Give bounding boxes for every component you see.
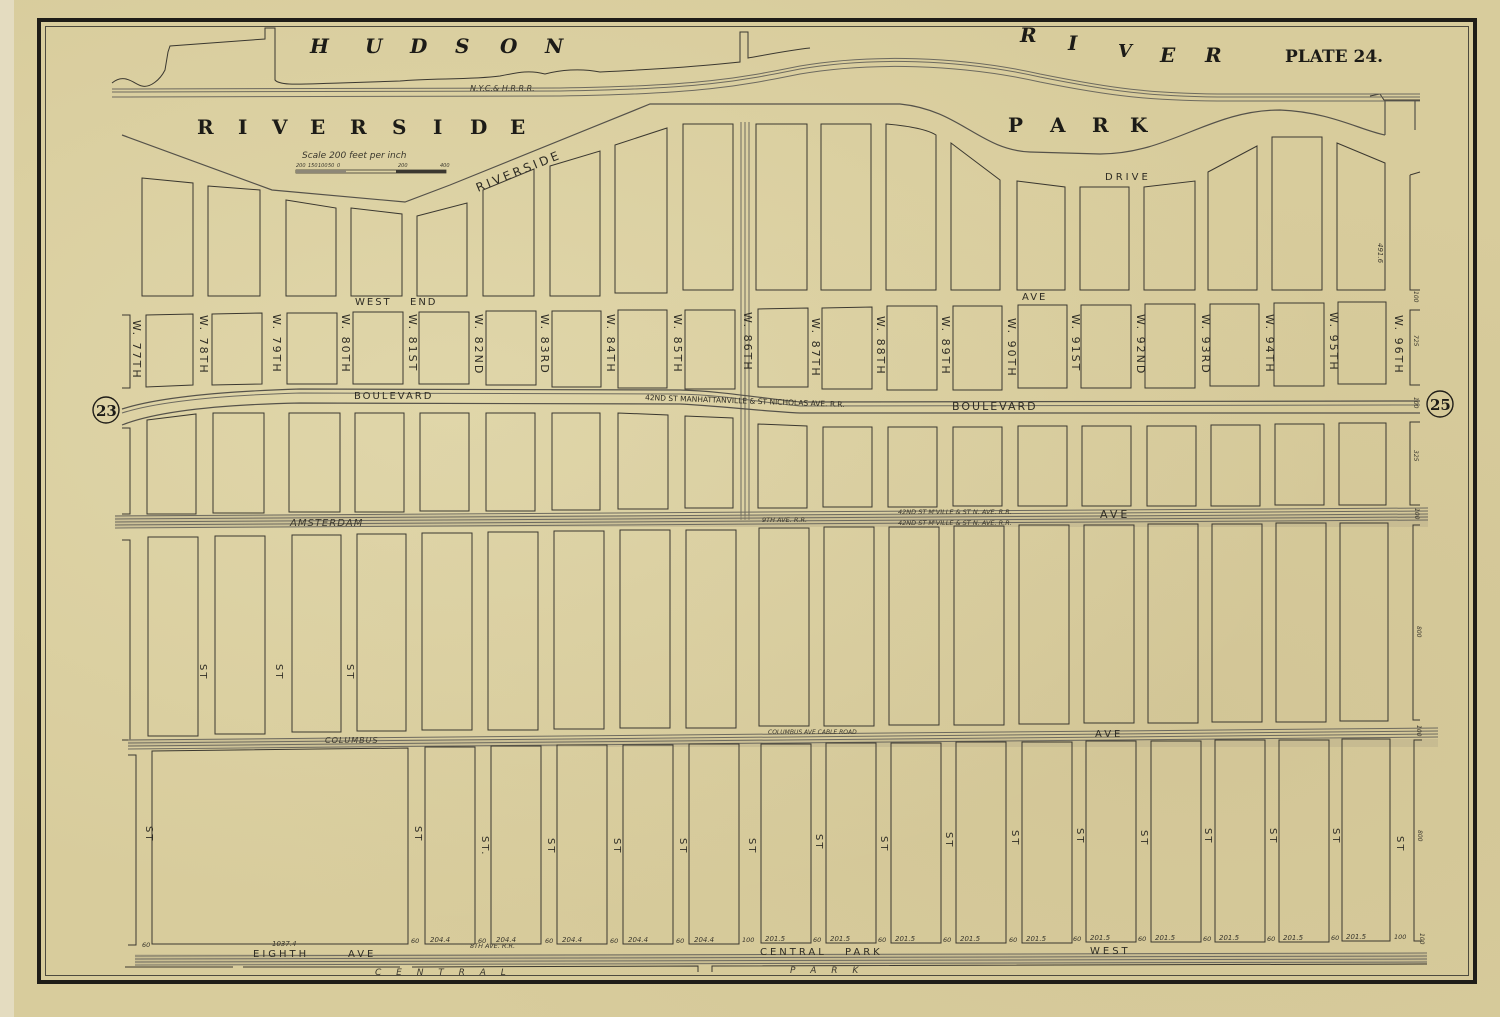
street-label-w93: W. 93RD (1199, 314, 1212, 375)
svg-text:AVE: AVE (348, 949, 376, 960)
svg-text:23: 23 (96, 402, 117, 420)
blocks-riverside-westend (142, 124, 1420, 296)
street-label-w89: W. 89TH (939, 316, 952, 376)
svg-text:A: A (1049, 113, 1066, 137)
shoreline (112, 28, 1420, 100)
street-label-w82: W. 82ND (472, 314, 485, 375)
svg-text:ST.: ST. (479, 836, 490, 856)
svg-text:E: E (1159, 43, 1176, 67)
svg-text:R: R (1019, 23, 1037, 47)
svg-text:ST: ST (746, 838, 757, 854)
svg-text:201.5: 201.5 (830, 935, 851, 943)
svg-text:I: I (238, 115, 247, 139)
riverside-park-label: R I V E R S I D E P A R K (197, 113, 1148, 139)
svg-text:END: END (410, 297, 438, 308)
svg-text:150: 150 (308, 163, 318, 169)
scale-bar: Scale 200 feet per inch 200 150 100 50 0… (296, 151, 450, 173)
svg-text:D: D (409, 34, 428, 58)
svg-text:N: N (544, 34, 564, 58)
svg-text:ST: ST (813, 834, 824, 850)
svg-text:AVE: AVE (1095, 729, 1123, 740)
svg-text:100: 100 (1394, 933, 1406, 941)
svg-text:DRIVE: DRIVE (1105, 172, 1151, 183)
eighth-avenue: EIGHTH AVE CENTRAL PARK WEST 8TH AVE. R.… (135, 942, 1427, 965)
eighth-ave-label: EIGHTH (253, 949, 309, 960)
columbus-avenue: COLUMBUS AVE COLUMBUS AVE CABLE ROAD (128, 728, 1438, 749)
svg-text:Scale 200 feet per inch: Scale 200 feet per inch (302, 151, 407, 161)
svg-text:100: 100 (1418, 933, 1425, 945)
adjoining-plate-25[interactable]: 25 (1427, 391, 1453, 417)
svg-text:800: 800 (1416, 830, 1423, 842)
svg-text:100: 100 (1413, 508, 1420, 520)
svg-text:0: 0 (337, 163, 340, 169)
svg-text:100: 100 (1412, 397, 1419, 409)
central-park-label: C E N T R A L (375, 968, 512, 978)
svg-text:O: O (500, 34, 518, 58)
svg-text:201.5: 201.5 (1026, 935, 1047, 943)
svg-text:50: 50 (328, 163, 334, 169)
svg-text:400: 400 (440, 163, 450, 169)
street-abbrev: ST (197, 664, 208, 680)
svg-text:60: 60 (411, 937, 419, 945)
plate-title: PLATE 24. (1285, 47, 1383, 67)
svg-text:9TH AVE. R.R.: 9TH AVE. R.R. (762, 516, 807, 524)
svg-text:AVE: AVE (1100, 508, 1130, 521)
svg-text:ST: ST (143, 826, 154, 842)
svg-text:ST: ST (611, 838, 622, 854)
amsterdam-avenue: AMSTERDAM AVE 9TH AVE. R.R. 42ND ST M'VI… (115, 508, 1428, 529)
central-park-west-label: CENTRAL (760, 947, 827, 958)
svg-text:201.5: 201.5 (960, 935, 981, 943)
svg-text:AVE: AVE (1022, 292, 1047, 303)
svg-text:WEST: WEST (1090, 946, 1131, 957)
svg-text:ST: ST (1330, 828, 1341, 844)
svg-text:H: H (309, 34, 330, 58)
svg-text:100: 100 (1412, 291, 1419, 303)
street-label-w80: W. 80TH (339, 314, 352, 374)
bottom-street-abbrevs: ST ST ST. ST ST ST ST ST ST ST ST ST ST … (143, 826, 1405, 856)
svg-text:E: E (510, 115, 525, 139)
svg-text:60: 60 (545, 937, 553, 945)
svg-text:201.5: 201.5 (1219, 934, 1240, 942)
street-label-w79: W. 79TH (270, 314, 283, 374)
street-label-w88: W. 88TH (874, 316, 887, 376)
svg-text:PARK: PARK (845, 947, 883, 958)
svg-text:ST: ST (677, 838, 688, 854)
street-label-w85: W. 85TH (671, 314, 684, 374)
street-label-w96: W. 96TH (1392, 315, 1405, 375)
svg-text:U: U (365, 34, 384, 58)
svg-text:201.5: 201.5 (765, 935, 786, 943)
svg-text:ST: ST (412, 826, 423, 842)
svg-text:S: S (455, 34, 469, 58)
street-label-w83: W. 83RD (538, 314, 551, 375)
svg-text:60: 60 (1331, 934, 1339, 942)
svg-text:V: V (271, 115, 288, 139)
svg-text:V: V (1118, 41, 1134, 62)
svg-text:D: D (470, 115, 487, 139)
svg-text:204.4: 204.4 (430, 936, 450, 944)
street-label-w87: W. 87TH (809, 318, 822, 378)
svg-text:60: 60 (676, 937, 684, 945)
railroad-label: N.Y.C.& H.R.R.R. (470, 84, 535, 93)
svg-text:201.5: 201.5 (1346, 933, 1367, 941)
svg-text:325: 325 (1412, 450, 1419, 462)
svg-text:25: 25 (1430, 396, 1451, 414)
svg-text:ST: ST (545, 838, 556, 854)
svg-text:60: 60 (1203, 935, 1211, 943)
amsterdam-ave-label: AMSTERDAM (289, 518, 363, 529)
svg-text:R: R (350, 115, 367, 139)
svg-text:201.5: 201.5 (1155, 934, 1176, 942)
street-label-w77: W. 77TH (130, 320, 143, 380)
svg-text:725: 725 (1412, 335, 1419, 347)
svg-text:60: 60 (878, 936, 886, 944)
blocks-boulevard-amsterdam (122, 413, 1420, 514)
svg-text:100: 100 (1415, 725, 1422, 737)
svg-text:ST: ST (1138, 830, 1149, 846)
svg-text:1037.4: 1037.4 (272, 940, 297, 948)
svg-text:S: S (392, 115, 406, 139)
blocks-westend-boulevard (122, 302, 1420, 390)
street-label-w84: W. 84TH (604, 314, 617, 374)
svg-text:R: R (197, 115, 214, 139)
street-label-w90: W. 90TH (1005, 318, 1018, 378)
svg-text:R: R (1092, 113, 1109, 137)
svg-text:201.5: 201.5 (1283, 934, 1304, 942)
map-canvas[interactable]: N.Y.C.& H.R.R.R. H U D S O N R I V E R P… (0, 0, 1500, 1017)
street-label-w78: W. 78TH (197, 315, 210, 375)
svg-text:491.6: 491.6 (1376, 243, 1384, 264)
svg-text:60: 60 (1267, 935, 1275, 943)
svg-text:201.5: 201.5 (1090, 934, 1111, 942)
adjoining-plate-23[interactable]: 23 (93, 397, 119, 423)
svg-text:ST: ST (1074, 828, 1085, 844)
street-label-w81: W. 81ST (406, 314, 419, 372)
svg-text:COLUMBUS AVE CABLE ROAD: COLUMBUS AVE CABLE ROAD (768, 729, 857, 736)
svg-text:ST: ST (1202, 828, 1213, 844)
street-labels: W. 77TH W. 78TH W. 79TH W. 80TH W. 81ST … (130, 312, 1405, 380)
svg-text:8TH AVE. R.R.: 8TH AVE. R.R. (470, 942, 515, 950)
svg-text:200: 200 (398, 163, 408, 169)
central-park: C E N T R A L P A R K (125, 964, 1427, 978)
blocks-amsterdam-columbus (122, 523, 1420, 740)
svg-text:I: I (433, 115, 442, 139)
svg-text:BOULEVARD: BOULEVARD (952, 400, 1038, 413)
svg-text:I: I (1067, 31, 1078, 55)
svg-text:60: 60 (142, 941, 150, 949)
blocks-columbus-eighth (128, 739, 1422, 945)
svg-text:R: R (1204, 43, 1222, 67)
svg-text:204.4: 204.4 (628, 936, 648, 944)
svg-text:60: 60 (1073, 935, 1081, 943)
svg-text:201.5: 201.5 (895, 935, 916, 943)
svg-text:K: K (1130, 113, 1148, 137)
west-end-ave-label: WEST (355, 297, 392, 308)
svg-text:100: 100 (318, 163, 328, 169)
svg-text:204.4: 204.4 (562, 936, 582, 944)
svg-text:60: 60 (943, 936, 951, 944)
svg-text:P A R K: P A R K (790, 966, 864, 976)
svg-text:ST: ST (1394, 836, 1405, 852)
street-label-w92: W. 92ND (1134, 314, 1147, 375)
svg-text:ST: ST (1267, 828, 1278, 844)
svg-text:204.4: 204.4 (694, 936, 714, 944)
street-label-w94: W. 94TH (1263, 314, 1276, 374)
street-abbrev: ST (273, 664, 284, 680)
svg-text:E: E (310, 115, 325, 139)
hudson-river-label: H U D S O N R I V E R (309, 23, 1222, 67)
svg-text:60: 60 (610, 937, 618, 945)
columbus-ave-label: COLUMBUS (325, 736, 379, 745)
svg-text:60: 60 (1138, 935, 1146, 943)
svg-text:42ND ST M'VILLE & ST N. AVE. R: 42ND ST M'VILLE & ST N. AVE. R.R. (898, 508, 1012, 516)
boulevard: BOULEVARD BOULEVARD 42ND ST MANHATTANVIL… (122, 389, 1420, 425)
street-label-w86: W. 86TH (741, 312, 754, 372)
boulevard-label: BOULEVARD (354, 391, 433, 402)
street-label-w95: W. 95TH (1327, 312, 1340, 372)
svg-text:800: 800 (1415, 626, 1422, 638)
svg-text:ST: ST (1009, 830, 1020, 846)
svg-text:200: 200 (296, 163, 306, 169)
street-label-w91: W. 91ST (1069, 314, 1082, 372)
svg-text:ST: ST (943, 832, 954, 848)
street-abbrev: ST (344, 664, 355, 680)
hudson-river-railroad: N.Y.C.& H.R.R.R. (112, 58, 1420, 101)
svg-text:100: 100 (742, 936, 754, 944)
svg-text:60: 60 (813, 936, 821, 944)
svg-text:P: P (1008, 113, 1023, 137)
svg-text:ST: ST (878, 836, 889, 852)
svg-text:60: 60 (1009, 936, 1017, 944)
